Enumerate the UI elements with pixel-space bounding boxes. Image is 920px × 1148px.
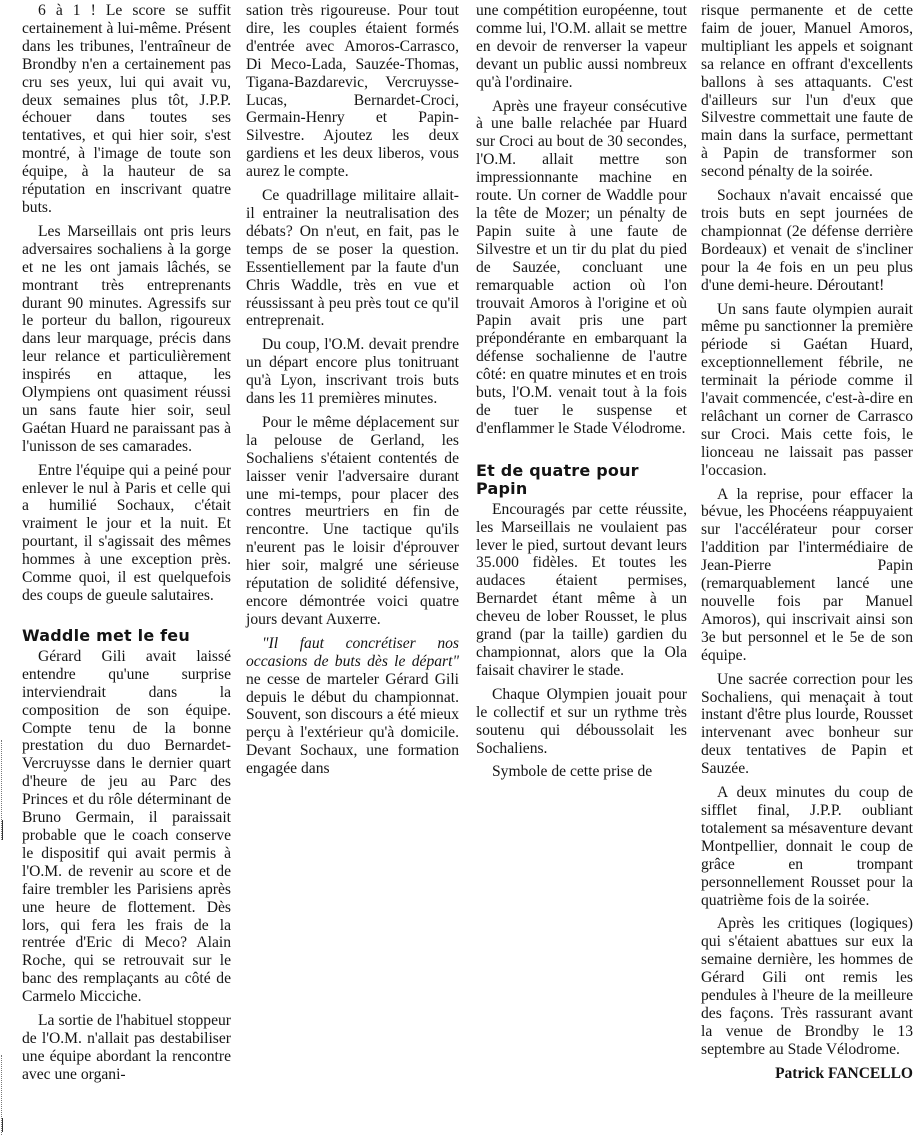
paragraph: Gérard Gili avait laissé entendre qu'une… [22,648,231,1006]
paragraph: une compétition européenne, tout comme l… [476,2,687,92]
section-heading: Waddle met le feu [22,627,231,645]
author-byline: Patrick FANCELLO [701,1065,913,1083]
paragraph: Un sans faute olympien aurait même pu sa… [701,301,913,480]
paragraph: La sortie de l'habituel stoppeur de l'O.… [22,1012,231,1084]
paragraph: 6 à 1 ! Le score se suffit certainement … [22,2,231,217]
paragraph: "Il faut concrétiser nos occasions de bu… [246,635,459,778]
quote-continuation: ne cesse de marteler Gérard Gili depuis … [246,671,459,778]
paragraph: Ce quadrillage militaire allait-il entra… [246,187,459,330]
paragraph: Après une frayeur consécutive à une ball… [476,98,687,438]
paragraph: Une sacrée correction pour les Sochalien… [701,671,913,778]
article-column-1: 6 à 1 ! Le score se suffit certainement … [22,2,231,1090]
article-column-4: risque permanente et de cette faim de jo… [701,2,913,1083]
paragraph: Du coup, l'O.M. devait prendre un départ… [246,336,459,408]
paragraph: A la reprise, pour effacer la bévue, les… [701,486,913,665]
newspaper-article: 6 à 1 ! Le score se suffit certainement … [0,0,920,1148]
paragraph: Pour le même déplacement sur la pelouse … [246,414,459,629]
paragraph: Encouragés par cette réussite, les Marse… [476,501,687,680]
paragraph: Les Marseillais ont pris leurs adversair… [22,223,231,456]
column-rule-mark [2,820,3,840]
paragraph: Sochaux n'avait encaissé que trois buts … [701,187,913,294]
paragraph: Chaque Olympien jouait pour le collectif… [476,686,687,758]
column-rule-mark [2,1118,3,1132]
paragraph: Entre l'équipe qui a peiné pour enlever … [22,462,231,605]
article-column-2: sation très rigoureuse. Pour tout dire, … [246,2,459,784]
paragraph: risque permanente et de cette faim de jo… [701,2,913,181]
section-heading: Et de quatre pour Papin [476,462,687,498]
paragraph: A deux minutes du coup de sifflet final,… [701,784,913,909]
article-column-3: une compétition européenne, tout comme l… [476,2,687,787]
paragraph: sation très rigoureuse. Pour tout dire, … [246,2,459,181]
quote: "Il faut concrétiser nos occasions de bu… [246,635,459,670]
paragraph: Après les critiques (logiques) qui s'éta… [701,915,913,1058]
paragraph: Symbole de cette prise de [476,763,687,781]
